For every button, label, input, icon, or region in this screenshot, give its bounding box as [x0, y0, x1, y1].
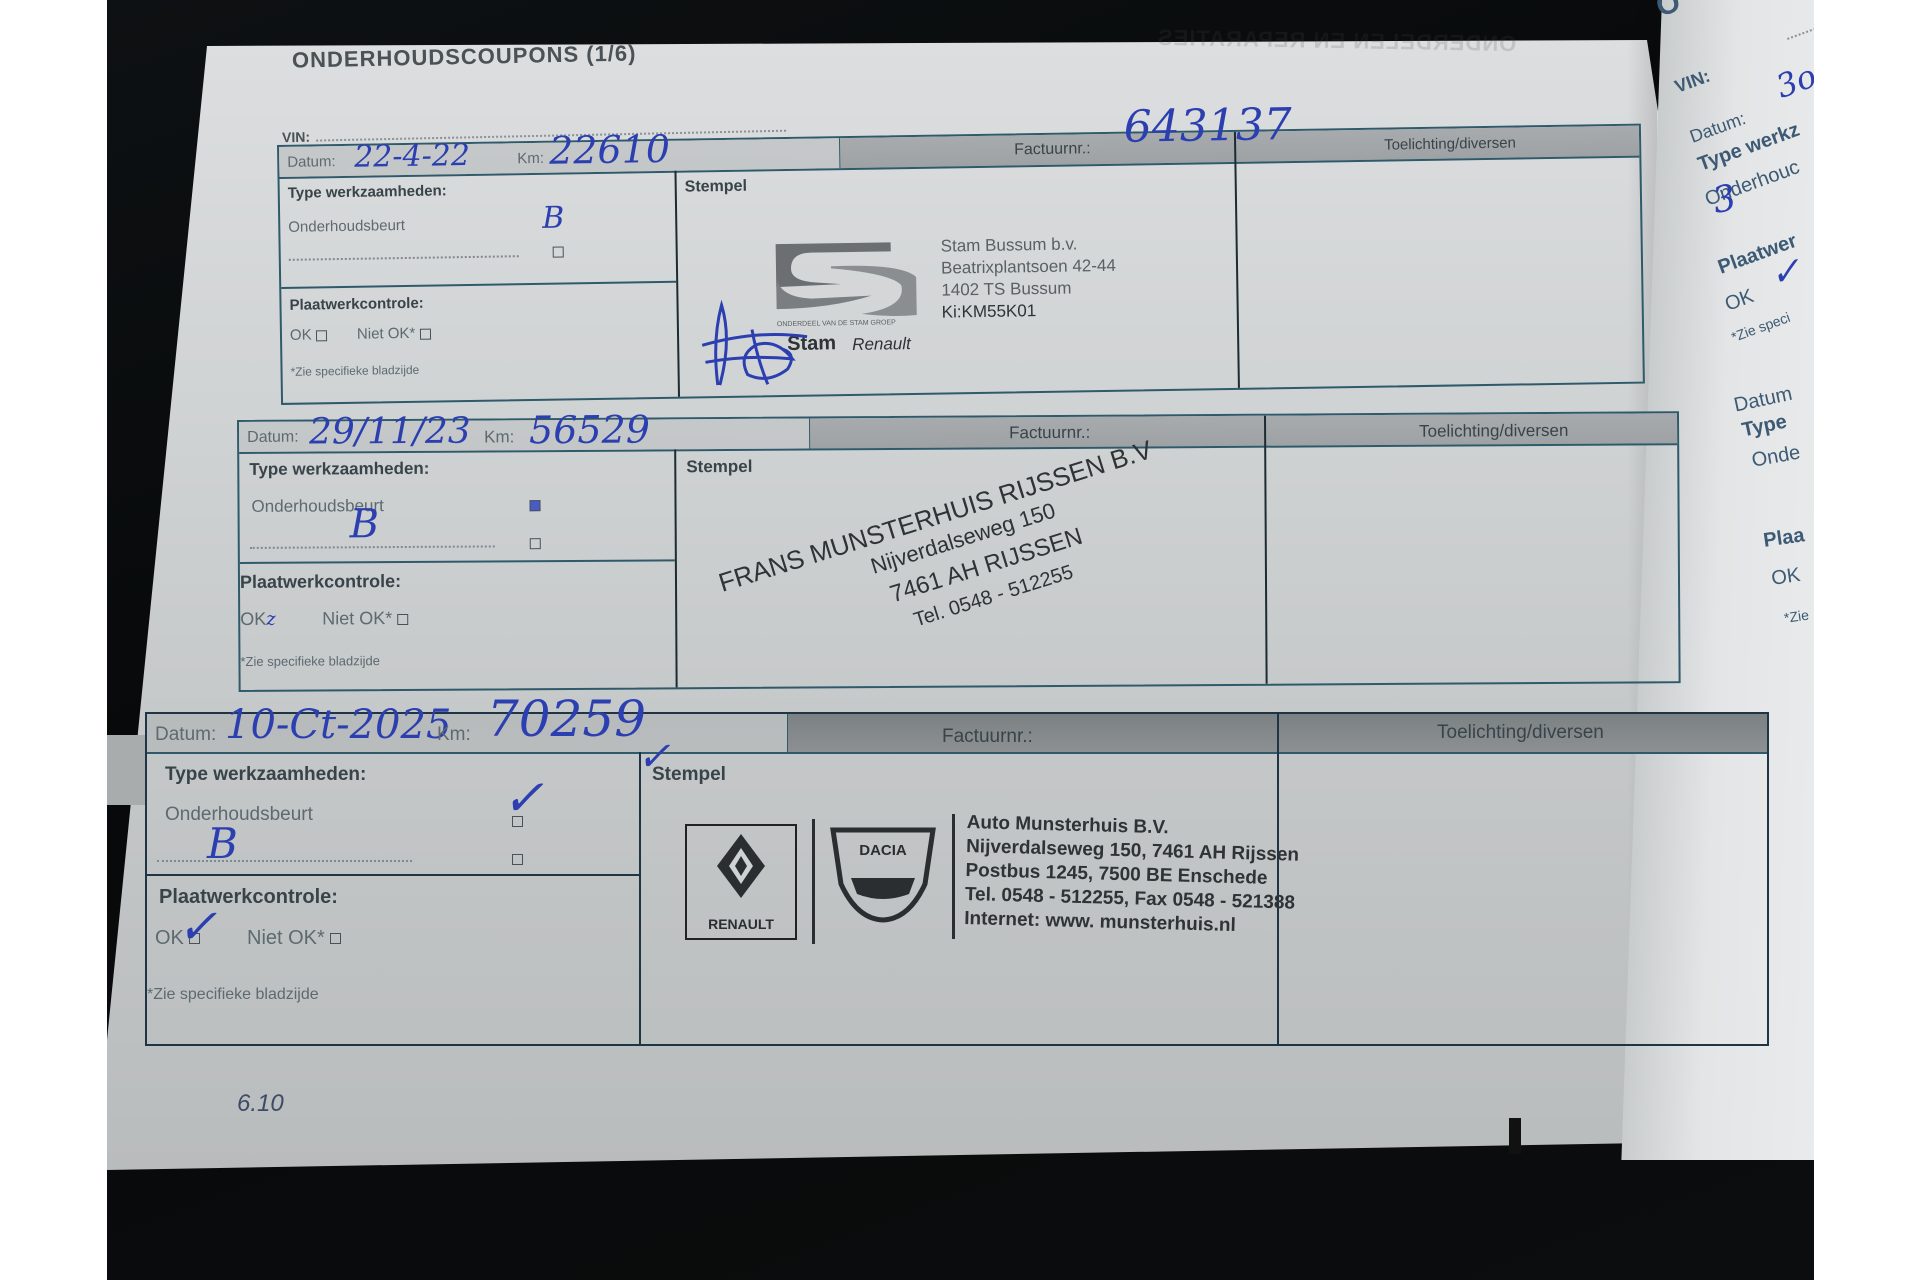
ok-option[interactable]: OK: [290, 326, 327, 344]
type-werkzaamheden-label: Type werkzaamheden:: [288, 182, 447, 201]
coupon-1: Datum: 22-4-22 Km: 22610 Factuurnr.: 643…: [277, 124, 1645, 405]
dacia-label: DACIA: [829, 842, 937, 859]
row-divider: [147, 874, 639, 876]
km-label: Km:: [484, 427, 514, 447]
stempel-check-mark: ✓: [637, 734, 671, 780]
coupon-sheet: ONDERDELEN EN REPARATIES ONDERHOUDSCOUPO…: [107, 0, 1814, 1280]
niet-ok-option[interactable]: Niet OK*: [322, 608, 408, 630]
stamp-line: Beatrixplantsoen 42-44: [941, 256, 1116, 279]
niet-ok-option[interactable]: Niet OK*: [357, 325, 431, 343]
renault-diamond-icon: [687, 826, 795, 906]
signature-scribble: [696, 298, 827, 390]
datum-label: Datum:: [247, 429, 299, 447]
right-zie-label: *Zie speci: [1729, 309, 1792, 345]
ok-check-mark: z: [266, 609, 276, 630]
km-value: 56529: [529, 407, 650, 452]
factuurnr-label: Factuurnr.:: [942, 726, 1033, 748]
right-next-plaatwerk-label: Plaa: [1762, 524, 1806, 553]
niet-ok-checkbox[interactable]: [419, 328, 430, 339]
zie-note: *Zie specifieke bladzijde: [147, 986, 319, 1004]
right-next-ok-label: OK: [1770, 564, 1802, 591]
renault-logo: RENAULT: [685, 824, 797, 940]
ok-option[interactable]: OKz: [240, 609, 276, 630]
niet-ok-checkbox[interactable]: [397, 614, 408, 625]
dotted-line: [250, 545, 495, 548]
toelichting-label: Toelichting/diversen: [1437, 722, 1604, 744]
niet-ok-option[interactable]: Niet OK*: [247, 927, 341, 950]
right-datum-value: 3o: [1771, 56, 1814, 105]
dotted-line: [157, 860, 412, 862]
coupon-3: Datum: 10-Ct-2025 Km: 70259 Factuurnr.: …: [145, 712, 1769, 1046]
plaatwerkcontrole-label: Plaatwerkcontrole:: [289, 295, 423, 314]
zie-note: *Zie specifieke bladzijde: [240, 653, 380, 669]
extra-checkbox[interactable]: [553, 247, 564, 258]
renault-label: RENAULT: [687, 916, 795, 932]
photo-background: ONDERDELEN EN REPARATIES ONDERHOUDSCOUPO…: [107, 0, 1814, 1280]
right-ok-label: OK: [1722, 285, 1757, 316]
factuurnr-label: Factuurnr.:: [1014, 140, 1091, 159]
plaatwerkcontrole-label: Plaatwerkcontrole:: [240, 571, 401, 593]
ok-label: OK: [290, 326, 312, 343]
niet-ok-checkbox[interactable]: [330, 933, 341, 944]
right-ok-check-mark: ✓: [1767, 250, 1804, 296]
stamp-line: Stam Bussum b.v.: [941, 234, 1078, 256]
ok-checkbox[interactable]: [316, 330, 327, 341]
right-vin-label: VIN:: [1672, 66, 1713, 98]
ok-label: OK: [240, 609, 266, 629]
onderhoudsbeurt-label: Onderhoudsbeurt: [288, 217, 405, 236]
km-value: 70259: [487, 690, 646, 748]
zie-note: *Zie specifieke bladzijde: [290, 363, 419, 379]
extra-checkbox[interactable]: [530, 538, 541, 549]
extra-checkbox[interactable]: [512, 854, 523, 865]
stamp-line: Auto Munsterhuis B.V.: [966, 812, 1168, 839]
km-value: 22610: [549, 127, 671, 173]
right-next-type-label: Type: [1740, 411, 1789, 443]
stamp-line: Ki:KM55K01: [942, 301, 1037, 322]
dacia-logo: DACIA: [829, 824, 937, 924]
stempel-label: Stempel: [686, 457, 752, 477]
onderhoudsbeurt-check-mark: ✓: [502, 769, 544, 827]
column-divider: [639, 752, 641, 1044]
row-divider: [281, 281, 676, 289]
page-title: ONDERHOUDSCOUPONS (1/6): [292, 40, 637, 73]
column-divider: [674, 449, 677, 687]
niet-ok-label: Niet OK*: [322, 608, 392, 628]
column-divider: [1277, 714, 1279, 1044]
right-next-zie-label: *Zie: [1783, 607, 1810, 626]
km-label: Km:: [437, 724, 471, 746]
factuurnr-label: Factuurnr.:: [1009, 423, 1090, 443]
right-vin-dotted-line: [1787, 0, 1814, 40]
coupon-2: Datum: 29/11/23 Km: 56529 Factuurnr.: To…: [237, 411, 1681, 692]
ok-check-mark: ✓: [177, 899, 217, 955]
dacia-shield-icon: [829, 824, 937, 924]
onderhoudsbeurt-mark: B: [542, 200, 565, 235]
right-next-datum-label: Datum: [1732, 383, 1794, 418]
dotted-line: [289, 255, 519, 261]
toelichting-label: Toelichting/diversen: [1419, 421, 1568, 442]
datum-value: 22-4-22: [354, 138, 470, 175]
niet-ok-label: Niet OK*: [357, 325, 416, 343]
stamp-line: 1402 TS Bussum: [941, 279, 1071, 301]
right-page-title: O: [1652, 0, 1685, 24]
column-divider: [674, 171, 680, 397]
vin-label: VIN:: [282, 129, 310, 146]
datum-label: Datum:: [287, 153, 336, 171]
toelichting-label: Toelichting/diversen: [1384, 135, 1516, 154]
stamp-divider: [812, 819, 815, 944]
datum-label: Datum:: [155, 724, 216, 746]
column-divider: [1234, 132, 1240, 388]
right-next-onderhoud-label: Onde: [1750, 442, 1802, 473]
datum-value: 10-Ct-2025: [225, 702, 451, 748]
stamp-divider: [952, 814, 955, 939]
stempel-label: Stempel: [685, 178, 748, 197]
onderhoudsbeurt-mark: B: [349, 501, 379, 547]
stam-brand-suffix: Renault: [852, 334, 911, 355]
page-number: 6.10: [237, 1090, 284, 1118]
column-divider: [1264, 416, 1268, 684]
km-label: Km:: [517, 150, 544, 167]
type-werkzaamheden-label: Type werkzaamheden:: [165, 764, 366, 786]
onderhoudsbeurt-checkbox[interactable]: [529, 500, 540, 511]
stamp-line: Internet: www. munsterhuis.nl: [964, 908, 1236, 937]
type-werkzaamheden-label: Type werkzaamheden:: [249, 459, 429, 480]
datum-value: 29/11/23: [309, 411, 471, 453]
onderhoudsbeurt-label: Onderhoudsbeurt: [165, 804, 313, 826]
row-divider: [240, 559, 675, 564]
niet-ok-label: Niet OK*: [247, 927, 325, 949]
bleed-through-heading: ONDERDELEN EN REPARATIES: [1157, 25, 1517, 57]
factuurnr-value: 643137: [1123, 99, 1292, 153]
